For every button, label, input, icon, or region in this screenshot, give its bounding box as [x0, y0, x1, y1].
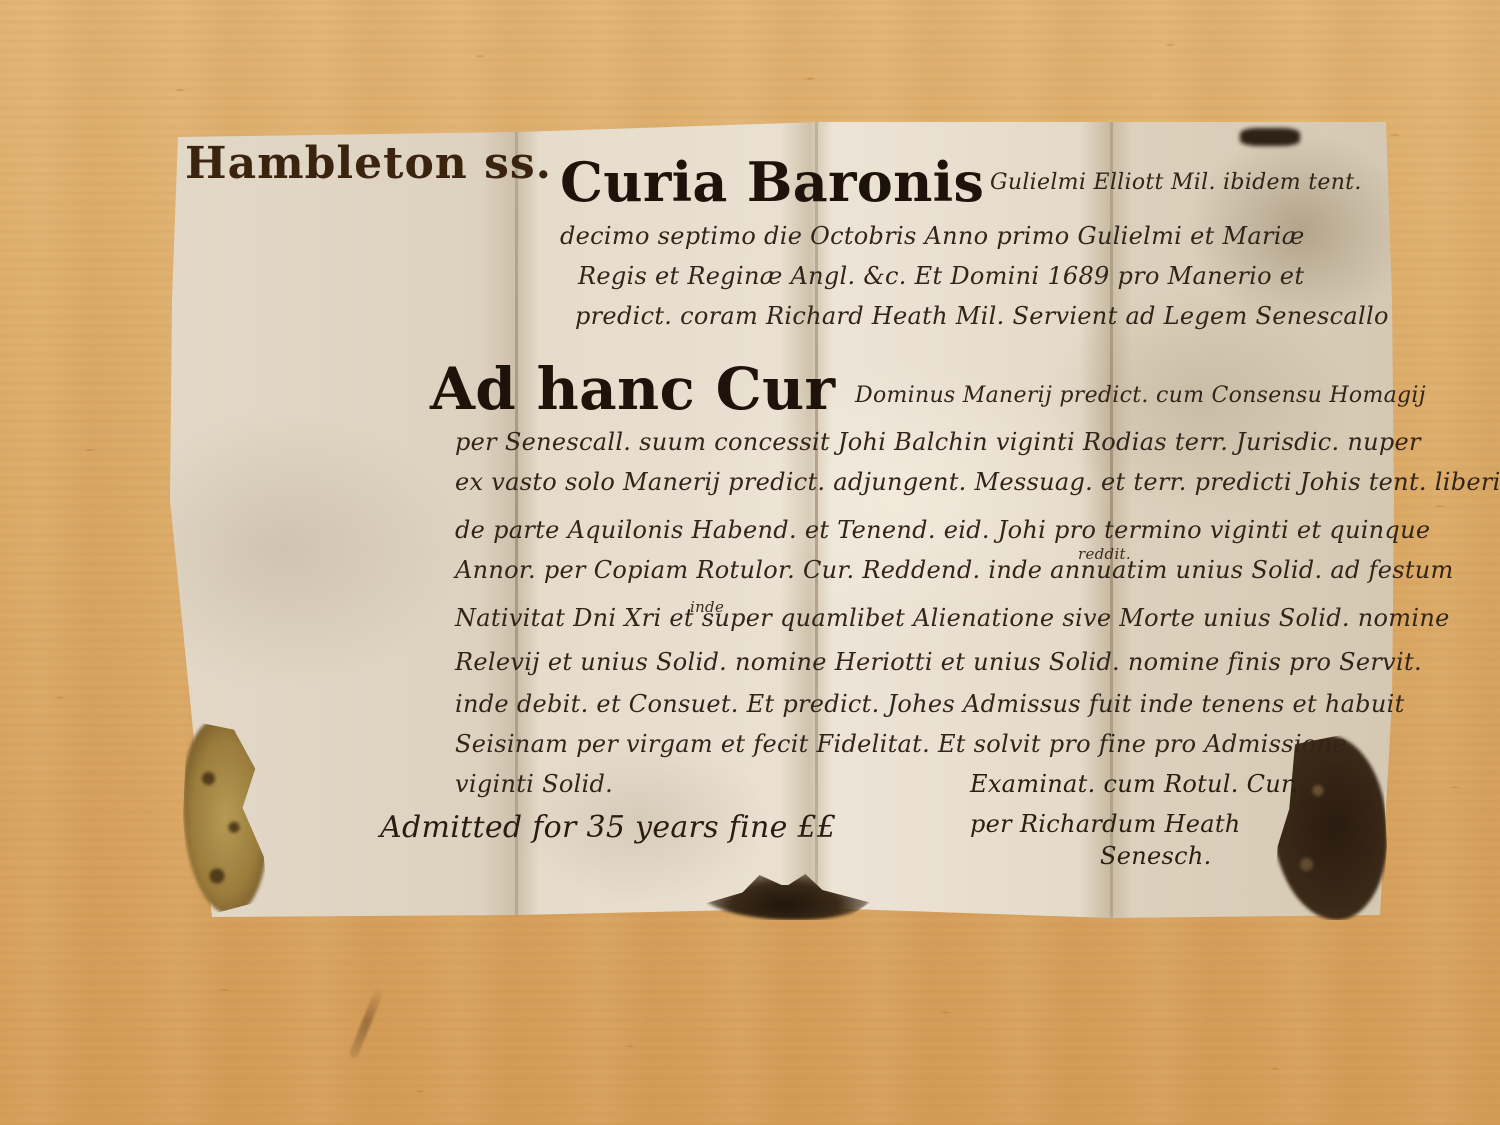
- attestation-examined: Examinat. cum Rotul. Cur.: [970, 770, 1298, 798]
- attestation-title: Senesch.: [1100, 842, 1212, 870]
- interlineation: inde: [690, 598, 724, 616]
- fold-crease: [515, 132, 518, 915]
- stain-top-right: [1240, 128, 1300, 146]
- body-line: Dominus Manerij predict. cum Consensu Ho…: [855, 383, 1426, 408]
- body-line: ex vasto solo Manerij predict. adjungent…: [455, 468, 1500, 496]
- stain-bottom-left: [183, 720, 268, 915]
- body-line: per Senescall. suum concessit Johi Balch…: [455, 428, 1421, 456]
- manuscript-document: Hambleton ss. Curia Baronis Gulielmi Ell…: [0, 0, 1500, 1125]
- body-line: Seisinam per virgam et fecit Fidelitat. …: [455, 730, 1347, 758]
- body-line: inde debit. et Consuet. Et predict. Johe…: [455, 690, 1405, 718]
- second-heading: Ad hanc Cur: [430, 355, 835, 423]
- attestation-signature: per Richardum Heath: [970, 810, 1241, 838]
- opening-line: predict. coram Richard Heath Mil. Servie…: [575, 302, 1389, 330]
- stain-bottom-middle: [700, 870, 870, 920]
- endorsement-note: Admitted for 35 years fine ££: [380, 810, 836, 845]
- wood-surface-mark: [348, 986, 384, 1059]
- wood-grain-texture: [0, 0, 1500, 1125]
- body-line: Nativitat Dni Xri et super quamlibet Ali…: [455, 604, 1450, 632]
- opening-line: Gulielmi Elliott Mil. ibidem tent.: [990, 170, 1362, 195]
- manor-heading: Hambleton ss.: [185, 138, 552, 189]
- interlineation: reddit.: [1078, 545, 1131, 563]
- body-line: Relevij et unius Solid. nomine Heriotti …: [455, 648, 1422, 676]
- court-title: Curia Baronis: [560, 150, 984, 214]
- parchment-sheet: [0, 0, 1500, 1125]
- body-line: viginti Solid.: [455, 770, 613, 798]
- fold-crease: [815, 122, 818, 912]
- opening-line: decimo septimo die Octobris Anno primo G…: [560, 222, 1305, 250]
- body-line: Annor. per Copiam Rotulor. Cur. Reddend.…: [455, 556, 1454, 584]
- stain-bottom-right: [1272, 735, 1387, 920]
- fold-crease: [1110, 122, 1113, 918]
- opening-line: Regis et Reginæ Angl. &c. Et Domini 1689…: [578, 262, 1304, 290]
- body-line: de parte Aquilonis Habend. et Tenend. ei…: [455, 516, 1430, 544]
